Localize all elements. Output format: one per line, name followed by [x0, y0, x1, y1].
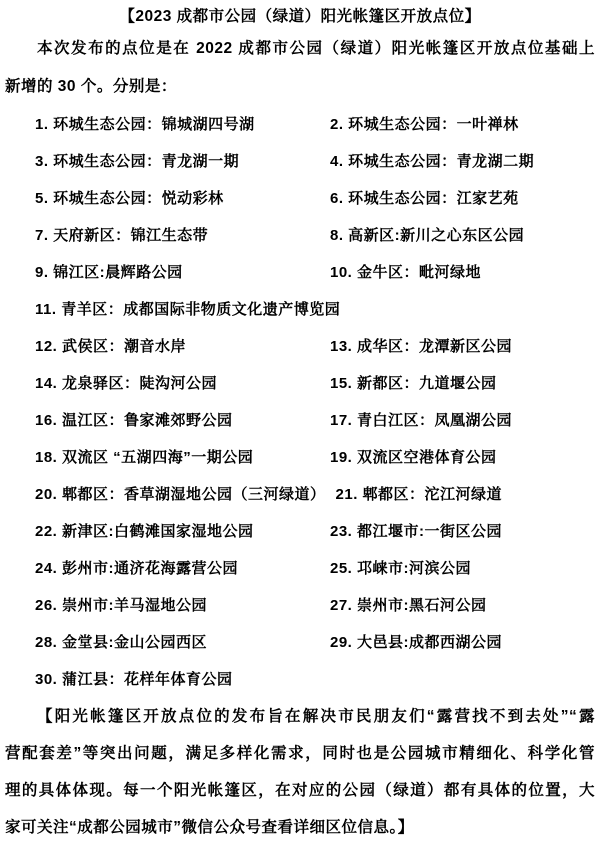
park-item: 5. 环城生态公园：悦动彩林 [35, 180, 330, 217]
list-row: 22. 新津区:白鹤滩国家湿地公园 23. 都江堰市:一街区公园 [35, 513, 595, 550]
list-row: 3. 环城生态公园：青龙湖一期 4. 环城生态公园：青龙湖二期 [35, 143, 595, 180]
park-item: 26. 崇州市:羊马湿地公园 [35, 587, 330, 624]
park-item: 4. 环城生态公园：青龙湖二期 [330, 143, 534, 180]
document-page: 【2023 成都市公园（绿道）阳光帐篷区开放点位】 本次发布的点位是在 2022… [0, 0, 600, 856]
park-item: 12. 武侯区：潮音水岸 [35, 328, 330, 365]
park-item: 2. 环城生态公园：一叶禅林 [330, 106, 519, 143]
park-item: 7. 天府新区：锦江生态带 [35, 217, 330, 254]
park-item: 16. 温江区：鲁家滩郊野公园 [35, 402, 330, 439]
closing-line: 营配套差”等突出问题，满足多样化需求，同时也是公园城市精细化、科学化管 [5, 735, 595, 772]
park-item: 13. 成华区：龙潭新区公园 [330, 328, 512, 365]
closing-line: 理的具体体现。每一个阳光帐篷区，在对应的公园（绿道）都有具体的位置，大 [5, 772, 595, 809]
park-item: 11. 青羊区：成都国际非物质文化遗产博览园 [35, 291, 350, 328]
park-item: 6. 环城生态公园：江家艺苑 [330, 180, 519, 217]
park-item: 8. 高新区:新川之心东区公园 [330, 217, 524, 254]
park-item: 19. 双流区空港体育公园 [330, 439, 497, 476]
park-item: 27. 崇州市:黑石河公园 [330, 587, 487, 624]
park-item: 22. 新津区:白鹤滩国家湿地公园 [35, 513, 330, 550]
list-row: 1. 环城生态公园：锦城湖四号湖 2. 环城生态公园：一叶禅林 [35, 106, 595, 143]
list-row: 12. 武侯区：潮音水岸 13. 成华区：龙潭新区公园 [35, 328, 595, 365]
park-item: 15. 新都区：九道堰公园 [330, 365, 497, 402]
closing-line: 【阳光帐篷区开放点位的发布旨在解决市民朋友们“露营找不到去处”“露 [5, 698, 595, 735]
park-item: 28. 金堂县:金山公园西区 [35, 624, 330, 661]
park-item: 30. 蒲江县：花样年体育公园 [35, 661, 330, 698]
list-row: 5. 环城生态公园：悦动彩林 6. 环城生态公园：江家艺苑 [35, 180, 595, 217]
closing-paragraph: 【阳光帐篷区开放点位的发布旨在解决市民朋友们“露营找不到去处”“露 营配套差”等… [5, 698, 595, 846]
list-row: 14. 龙泉驿区：陡沟河公园 15. 新都区：九道堰公园 [35, 365, 595, 402]
park-item: 1. 环城生态公园：锦城湖四号湖 [35, 106, 330, 143]
list-row: 26. 崇州市:羊马湿地公园 27. 崇州市:黑石河公园 [35, 587, 595, 624]
park-item: 21. 郫都区：沱江河绿道 [336, 476, 503, 513]
page-title: 【2023 成都市公园（绿道）阳光帐篷区开放点位】 [5, 4, 595, 30]
park-item: 3. 环城生态公园：青龙湖一期 [35, 143, 330, 180]
park-item: 23. 都江堰市:一街区公园 [330, 513, 502, 550]
park-item: 10. 金牛区：毗河绿地 [330, 254, 481, 291]
list-row: 20. 郫都区：香草湖湿地公园（三河绿道） 21. 郫都区：沱江河绿道 [35, 476, 595, 513]
closing-line: 家可关注“成都公园城市”微信公众号查看详细区位信息。】 [5, 809, 595, 846]
park-item: 25. 邛崃市:河滨公园 [330, 550, 471, 587]
park-item: 18. 双流区 “五湖四海”一期公园 [35, 439, 330, 476]
intro-line: 新增的 30 个。分别是： [5, 68, 595, 106]
list-row: 28. 金堂县:金山公园西区 29. 大邑县:成都西湖公园 [35, 624, 595, 661]
list-row: 11. 青羊区：成都国际非物质文化遗产博览园 [35, 291, 595, 328]
list-row: 18. 双流区 “五湖四海”一期公园 19. 双流区空港体育公园 [35, 439, 595, 476]
park-list: 1. 环城生态公园：锦城湖四号湖 2. 环城生态公园：一叶禅林 3. 环城生态公… [5, 106, 595, 698]
list-row: 9. 锦江区:晨辉路公园 10. 金牛区：毗河绿地 [35, 254, 595, 291]
park-item: 24. 彭州市:通济花海露营公园 [35, 550, 330, 587]
park-item: 29. 大邑县:成都西湖公园 [330, 624, 502, 661]
park-item: 20. 郫都区：香草湖湿地公园（三河绿道） [35, 476, 336, 513]
list-row: 16. 温江区：鲁家滩郊野公园 17. 青白江区：凤凰湖公园 [35, 402, 595, 439]
intro-line: 本次发布的点位是在 2022 成都市公园（绿道）阳光帐篷区开放点位基础上 [5, 30, 595, 68]
park-item: 17. 青白江区：凤凰湖公园 [330, 402, 512, 439]
intro-paragraph: 本次发布的点位是在 2022 成都市公园（绿道）阳光帐篷区开放点位基础上 新增的… [5, 30, 595, 106]
park-item: 14. 龙泉驿区：陡沟河公园 [35, 365, 330, 402]
park-item: 9. 锦江区:晨辉路公园 [35, 254, 330, 291]
list-row: 30. 蒲江县：花样年体育公园 [35, 661, 595, 698]
list-row: 7. 天府新区：锦江生态带 8. 高新区:新川之心东区公园 [35, 217, 595, 254]
list-row: 24. 彭州市:通济花海露营公园 25. 邛崃市:河滨公园 [35, 550, 595, 587]
